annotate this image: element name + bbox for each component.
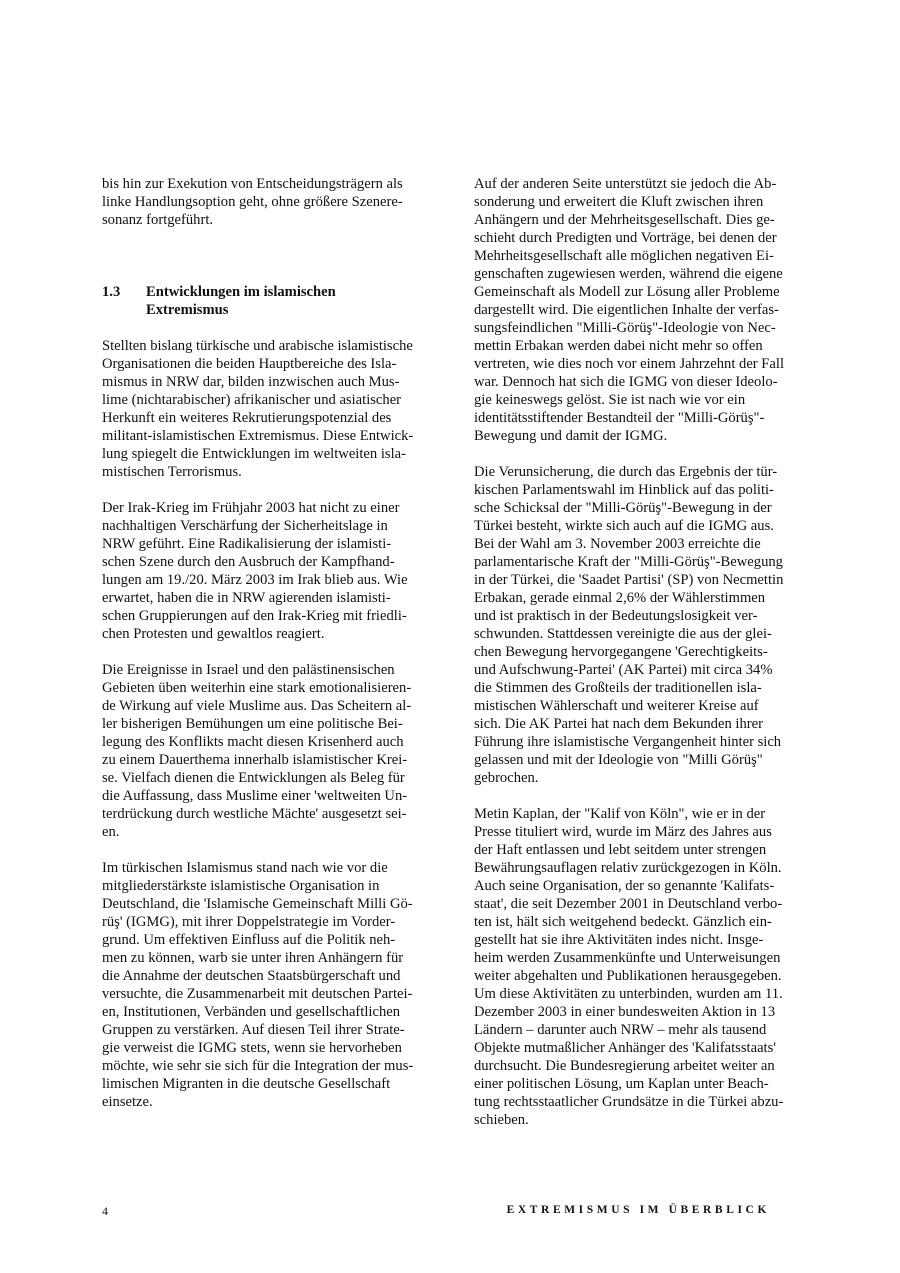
text-line: schwunden. Stattdessen vereinigte die au… (474, 625, 804, 643)
text-line: identitätsstiftender Bestandteil der "Mi… (474, 409, 804, 427)
text-line: chen Bewegung hervorgegangene 'Gerechtig… (474, 643, 804, 661)
text-line: lungen am 19./20. März 2003 im Irak blie… (102, 571, 432, 589)
text-line: Anhängern und der Mehrheitsgesellschaft.… (474, 211, 804, 229)
text-line: Der Irak-Krieg im Frühjahr 2003 hat nich… (102, 499, 432, 517)
text-line: Dezember 2003 in einer bundesweiten Akti… (474, 1003, 804, 1021)
text-line: se. Vielfach dienen die Entwicklungen al… (102, 769, 432, 787)
text-line: schen Szene durch den Ausbruch der Kampf… (102, 553, 432, 571)
text-line: war. Dennoch hat sich die IGMG von diese… (474, 373, 804, 391)
text-line: versuchte, die Zusammenarbeit mit deutsc… (102, 985, 432, 1003)
text-line: NRW geführt. Eine Radikalisierung der is… (102, 535, 432, 553)
text-line: zu einem Dauerthema innerhalb islamistis… (102, 751, 432, 769)
text-line: sungsfeindlichen "Milli-Görüş"-Ideologie… (474, 319, 804, 337)
text-line: erwartet, haben die in NRW agierenden is… (102, 589, 432, 607)
text-line: die Auffassung, dass Muslime einer 'welt… (102, 787, 432, 805)
text-line: rüş' (IGMG), mit ihrer Doppelstrategie i… (102, 913, 432, 931)
text-line: Bewegung und damit der IGMG. (474, 427, 804, 445)
text-line: militant-islamistischen Extremismus. Die… (102, 427, 432, 445)
text-line: Auf der anderen Seite unterstützt sie je… (474, 175, 804, 193)
text-line: schieben. (474, 1111, 804, 1129)
text-line: tung rechtsstaatlicher Grundsätze in die… (474, 1093, 804, 1111)
text-line: men zu können, warb sie unter ihren Anhä… (102, 949, 432, 967)
text-line: sich. Die AK Partei hat nach dem Bekunde… (474, 715, 804, 733)
text-line: lung spiegelt die Entwicklungen im weltw… (102, 445, 432, 463)
paragraph: Stellten bislang türkische und arabische… (102, 337, 432, 481)
running-title: EXTREMISMUS IM ÜBERBLICK (507, 1204, 770, 1216)
text-line: de Wirkung auf viele Muslime aus. Das Sc… (102, 697, 432, 715)
text-line: schieht durch Predigten und Vorträge, be… (474, 229, 804, 247)
text-line: mistischen Terrorismus. (102, 463, 432, 481)
text-line: parlamentarische Kraft der "Milli-Görüş"… (474, 553, 804, 571)
paragraph: Der Irak-Krieg im Frühjahr 2003 hat nich… (102, 499, 432, 643)
paragraph: Auf der anderen Seite unterstützt sie je… (474, 175, 804, 445)
text-line: Gemeinschaft als Modell zur Lösung aller… (474, 283, 804, 301)
text-line: kischen Parlamentswahl im Hinblick auf d… (474, 481, 804, 499)
text-line: nachhaltigen Verschärfung der Sicherheit… (102, 517, 432, 535)
text-line: durchsucht. Die Bundesregierung arbeitet… (474, 1057, 804, 1075)
text-line: ler bisherigen Bemühungen um eine politi… (102, 715, 432, 733)
paragraph: Im türkischen Islamismus stand nach wie … (102, 859, 432, 1111)
paragraph: Die Verunsicherung, die durch das Ergebn… (474, 463, 804, 787)
section-heading: 1.3 Entwicklungen im islamischen Extremi… (102, 283, 432, 319)
text-line: mettin Erbakan werden dabei nicht mehr s… (474, 337, 804, 355)
text-line: einer politischen Lösung, um Kaplan unte… (474, 1075, 804, 1093)
text-line: und ist praktisch in der Bedeutungslosig… (474, 607, 804, 625)
text-line: der Haft entlassen und lebt seitdem unte… (474, 841, 804, 859)
text-line: Presse tituliert wird, wurde im März des… (474, 823, 804, 841)
text-line: gie keineswegs gelöst. Sie ist nach wie … (474, 391, 804, 409)
text-line: sonderung und erweitert die Kluft zwisch… (474, 193, 804, 211)
page-number: 4 (102, 1204, 108, 1219)
text-line: schen Gruppierungen auf den Irak-Krieg m… (102, 607, 432, 625)
section-title-line: Entwicklungen im islamischen (146, 283, 432, 301)
text-line: gie verweist die IGMG stets, wenn sie he… (102, 1039, 432, 1057)
text-line: chen Protesten und gewaltlos reagiert. (102, 625, 432, 643)
text-line: Gruppen zu verstärken. Auf diesen Teil i… (102, 1021, 432, 1039)
text-line: heim werden Zusammenkünfte und Unterweis… (474, 949, 804, 967)
text-line: Herkunft ein weiteres Rekrutierungspoten… (102, 409, 432, 427)
text-line: vertreten, wie dies noch vor einem Jahrz… (474, 355, 804, 373)
text-line: linke Handlungsoption geht, ohne größere… (102, 193, 432, 211)
text-line: Mehrheitsgesellschaft alle möglichen neg… (474, 247, 804, 265)
text-line: legung des Konflikts macht diesen Krisen… (102, 733, 432, 751)
text-line: ten ist, hält sich weitgehend bedeckt. G… (474, 913, 804, 931)
text-line: Die Verunsicherung, die durch das Ergebn… (474, 463, 804, 481)
text-line: Die Ereignisse in Israel und den palästi… (102, 661, 432, 679)
text-line: Bei der Wahl am 3. November 2003 erreich… (474, 535, 804, 553)
section-title-line: Extremismus (146, 301, 432, 319)
text-line: dargestellt wird. Die eigentlichen Inhal… (474, 301, 804, 319)
text-line: in der Türkei, die 'Saadet Partisi' (SP)… (474, 571, 804, 589)
section-number: 1.3 (102, 283, 120, 301)
text-line: Im türkischen Islamismus stand nach wie … (102, 859, 432, 877)
text-line: sonanz fortgeführt. (102, 211, 432, 229)
text-line: en. (102, 823, 432, 841)
text-line: weiter abgehalten und Publikationen hera… (474, 967, 804, 985)
text-line: sche Schicksal der "Milli-Görüş"-Bewegun… (474, 499, 804, 517)
text-line: Organisationen die beiden Hauptbereiche … (102, 355, 432, 373)
left-column: bis hin zur Exekution von Entscheidungst… (102, 175, 432, 1129)
paragraph: Metin Kaplan, der "Kalif von Köln", wie … (474, 805, 804, 1129)
text-line: mitgliederstärkste islamistische Organis… (102, 877, 432, 895)
text-line: Türkei besteht, wirkte sich auch auf die… (474, 517, 804, 535)
text-line: en, Institutionen, Verbänden und gesells… (102, 1003, 432, 1021)
paragraph: Die Ereignisse in Israel und den palästi… (102, 661, 432, 841)
text-line: grund. Um effektiven Einfluss auf die Po… (102, 931, 432, 949)
text-line: Führung ihre islamistische Vergangenheit… (474, 733, 804, 751)
right-column: Auf der anderen Seite unterstützt sie je… (474, 175, 804, 1147)
text-line: Objekte mutmaßlicher Anhänger des 'Kalif… (474, 1039, 804, 1057)
text-line: gestellt hat sie ihre Aktivitäten indes … (474, 931, 804, 949)
text-line: genschaften zugewiesen werden, während d… (474, 265, 804, 283)
text-line: bis hin zur Exekution von Entscheidungst… (102, 175, 432, 193)
text-line: mismus in NRW dar, bilden inzwischen auc… (102, 373, 432, 391)
text-line: Deutschland, die 'Islamische Gemeinschaf… (102, 895, 432, 913)
text-line: und Aufschwung-Partei' (AK Partei) mit c… (474, 661, 804, 679)
text-line: möchte, wie sehr sie sich für die Integr… (102, 1057, 432, 1075)
text-line: Erbakan, gerade einmal 2,6% der Wählerst… (474, 589, 804, 607)
text-line: einsetze. (102, 1093, 432, 1111)
text-line: mistischen Wählerschaft und weiterer Kre… (474, 697, 804, 715)
text-line: gelassen und mit der Ideologie von "Mill… (474, 751, 804, 769)
intro-paragraph: bis hin zur Exekution von Entscheidungst… (102, 175, 432, 229)
text-line: Auch seine Organisation, der so genannte… (474, 877, 804, 895)
text-line: lime (nichtarabischer) afrikanischer und… (102, 391, 432, 409)
text-line: limischen Migranten in die deutsche Gese… (102, 1075, 432, 1093)
text-line: Ländern – darunter auch NRW – mehr als t… (474, 1021, 804, 1039)
text-line: Metin Kaplan, der "Kalif von Köln", wie … (474, 805, 804, 823)
text-line: staat', die seit Dezember 2001 in Deutsc… (474, 895, 804, 913)
text-line: Bewährungsauflagen relativ zurückgezogen… (474, 859, 804, 877)
text-line: gebrochen. (474, 769, 804, 787)
text-line: die Stimmen des Großteils der traditione… (474, 679, 804, 697)
text-line: die Annahme der deutschen Staatsbürgersc… (102, 967, 432, 985)
text-line: Gebieten üben weiterhin eine stark emoti… (102, 679, 432, 697)
text-line: Stellten bislang türkische und arabische… (102, 337, 432, 355)
text-line: Um diese Aktivitäten zu unterbinden, wur… (474, 985, 804, 1003)
text-line: terdrückung durch westliche Mächte' ausg… (102, 805, 432, 823)
